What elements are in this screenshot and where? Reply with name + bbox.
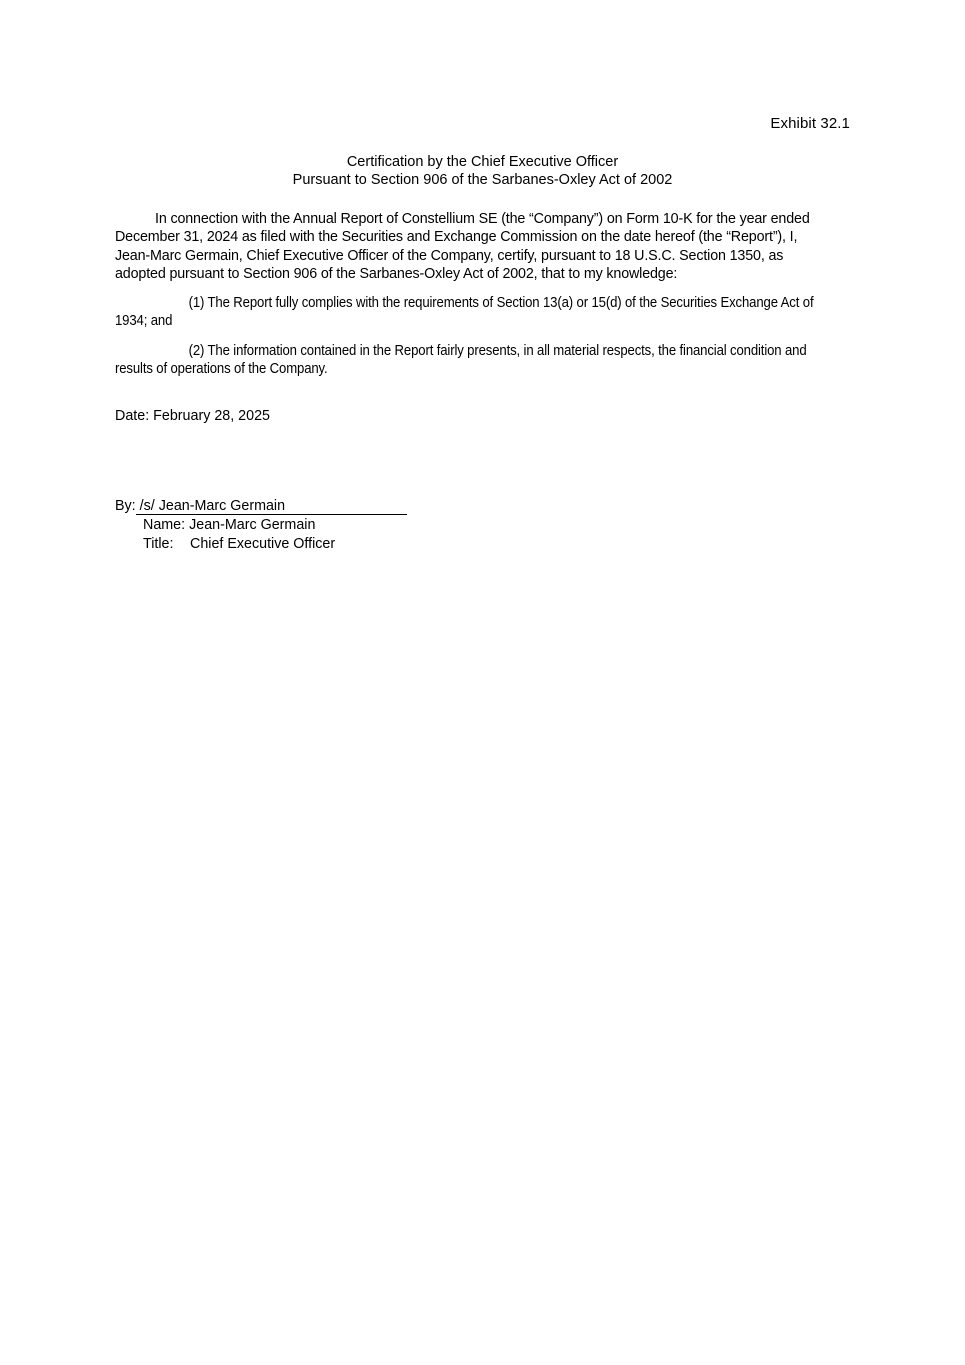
title-line-2: Pursuant to Section 906 of the Sarbanes-… — [0, 171, 965, 189]
title-label: Title: — [143, 535, 190, 554]
date-line: Date: February 28, 2025 — [115, 408, 270, 424]
signer-name: Jean-Marc Germain — [189, 517, 315, 533]
exhibit-label: Exhibit 32.1 — [770, 115, 850, 132]
signature-block: By: /s/ Jean-Marc Germain Name: Jean-Mar… — [115, 497, 407, 554]
signer-title: Chief Executive Officer — [190, 536, 335, 552]
signature-line: By: /s/ Jean-Marc Germain — [115, 497, 407, 516]
signature-value: /s/ Jean-Marc Germain — [136, 498, 407, 515]
certification-item-1: (1) The Report fully complies with the r… — [115, 294, 827, 331]
intro-paragraph: In connection with the Annual Report of … — [115, 210, 827, 284]
by-label: By: — [115, 497, 136, 516]
name-label: Name: — [143, 517, 185, 533]
signer-name-row: Name: Jean-Marc Germain — [115, 516, 407, 535]
document-page: Exhibit 32.1 Certification by the Chief … — [0, 0, 965, 1365]
certification-item-2: (2) The information contained in the Rep… — [115, 342, 827, 379]
signer-title-row: Title:Chief Executive Officer — [115, 535, 407, 554]
document-title: Certification by the Chief Executive Off… — [0, 153, 965, 189]
title-line-1: Certification by the Chief Executive Off… — [0, 153, 965, 171]
